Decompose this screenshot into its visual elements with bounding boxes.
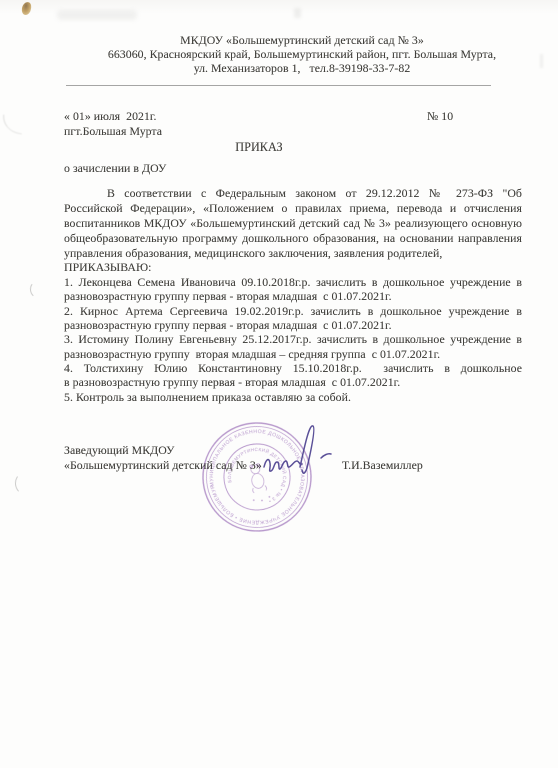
stamp-and-signature-area: МУНИЦИПАЛЬНОЕ КАЗЕННОЕ ДОШКОЛЬНОЕ ОБРАЗО… <box>196 409 386 549</box>
order-item-line: 2. Кирнос Артема Сергеевича 19.02.2019г.… <box>64 304 522 318</box>
paper-speck <box>21 1 32 15</box>
resolve-label: ПРИКАЗЫВАЮ: <box>64 260 152 274</box>
scan-smudge <box>57 10 137 20</box>
document-title: ПРИКАЗ <box>64 140 454 154</box>
handwritten-signature <box>264 426 331 473</box>
order-item-line: 4. Толстихину Юлию Константиновну 15.10.… <box>64 361 522 375</box>
order-item-line: разновозрастную группу первая - вторая м… <box>64 289 522 303</box>
page-curl-mark <box>1 115 24 135</box>
signer-name: Т.И.Ваземиллер <box>342 458 423 472</box>
official-stamp: МУНИЦИПАЛЬНОЕ КАЗЕННОЕ ДОШКОЛЬНОЕ ОБРАЗО… <box>196 409 321 543</box>
org-name: МКДОУ «Большемуртинский детский сад № 3» <box>46 33 558 47</box>
page-curl-mark <box>14 472 32 494</box>
order-items: 1. Леконцева Семена Ивановича 09.10.2018… <box>64 275 522 404</box>
letterhead-divider <box>66 85 491 86</box>
paragraph-line: общеобразовательную программу дошкольног… <box>64 231 522 246</box>
preamble-paragraph: В соответствии с Федеральным законом от … <box>64 186 522 260</box>
order-date: « 01» июля 2021г. <box>64 109 157 123</box>
paragraph-line: управления образования, медицинского зак… <box>64 246 522 261</box>
signer-role-line1: Заведующий МКДОУ <box>64 443 175 457</box>
order-item-line: 1. Леконцева Семена Ивановича 09.10.2018… <box>64 275 522 289</box>
letterhead: МКДОУ «Большемуртинский детский сад № 3»… <box>46 33 558 76</box>
order-item-line: 3. Истомину Полину Евгеньевну 25.12.2017… <box>64 332 522 346</box>
paragraph-line: воспитанников МКДОУ «Большемуртинский де… <box>64 216 522 231</box>
order-item-line: разновозрастную группу первая - вторая м… <box>64 318 522 332</box>
svg-text:МУНИЦИПАЛЬНОЕ КАЗЕННОЕ ДОШКОЛЬ: МУНИЦИПАЛЬНОЕ КАЗЕННОЕ ДОШКОЛЬНОЕ ОБРАЗО… <box>196 409 314 537</box>
org-address: 663060, Красноярский край, Большемуртинс… <box>46 47 558 61</box>
order-item-line: 5. Контроль за выполнением приказа остав… <box>64 390 522 404</box>
order-item-line: в разновозрастную группу первая - вторая… <box>64 375 522 389</box>
scan-smudge <box>294 8 301 18</box>
stamp-outer-ring-text: МУНИЦИПАЛЬНОЕ КАЗЕННОЕ ДОШКОЛЬНОЕ ОБРАЗО… <box>196 409 314 537</box>
page-curl-mark <box>29 280 46 298</box>
org-street-phone: ул. Механизаторов 1, тел.8-39198-33-7-82 <box>46 61 558 75</box>
order-place: пгт.Большая Мурта <box>64 124 162 138</box>
order-item-line: разновозрастную группу вторая младшая – … <box>64 347 522 361</box>
signer-role-line2: «Большемуртинский детский сад № 3» <box>64 458 262 472</box>
paragraph-line: Российской Федерации», «Положением о пра… <box>64 201 522 216</box>
document-subject: о зачислении в ДОУ <box>64 161 166 175</box>
paragraph-line: В соответствии с Федеральным законом от … <box>64 186 522 201</box>
order-number: № 10 <box>427 109 453 123</box>
svg-text:БОЛЬШЕМУРТИНСКИЙ ДЕТСКИЙ САД •: БОЛЬШЕМУРТИНСКИЙ ДЕТСКИЙ САД • № 3 • <box>221 441 294 512</box>
scanned-order-document: МКДОУ «Большемуртинский детский сад № 3»… <box>0 0 558 768</box>
stamp-inner-ring-text: БОЛЬШЕМУРТИНСКИЙ ДЕТСКИЙ САД • № 3 • <box>221 441 294 512</box>
